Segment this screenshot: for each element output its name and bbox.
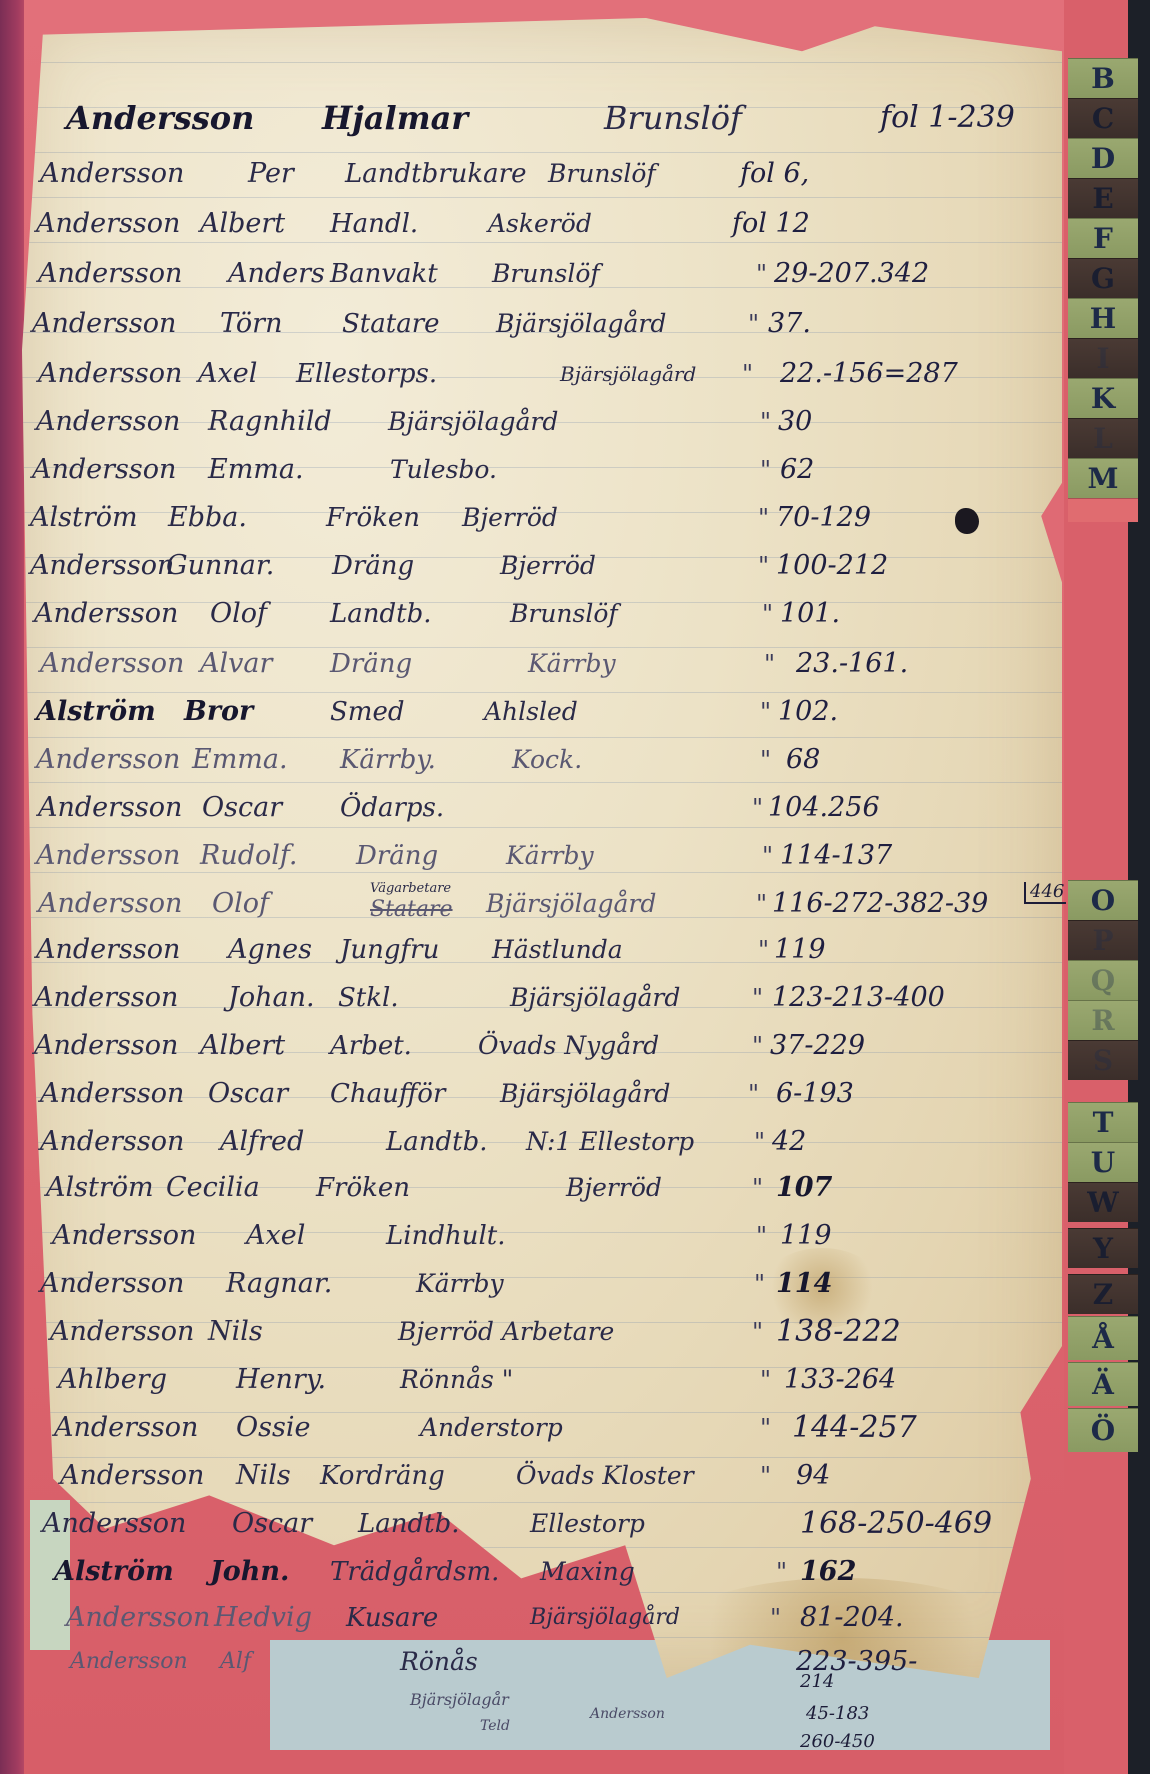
entry-row: Ahlberg Henry. Rönnås " " 133-264 — [0, 1356, 1060, 1404]
entry-ref: 107 — [776, 1164, 832, 1212]
entry-ref: 42 — [772, 1118, 806, 1166]
entry-first-name: Alf — [220, 1638, 251, 1686]
entry-occupation: Banvakt — [330, 250, 438, 298]
entry-ref: 37. — [768, 300, 811, 348]
entry-place: Brunslöf — [548, 150, 656, 198]
entry-surname: Andersson — [50, 1308, 194, 1356]
ditto-mark: " — [756, 880, 767, 928]
entry-occupation: Jungfru — [340, 926, 439, 974]
entry-ref: 114 — [776, 1260, 832, 1308]
entry-place: Tulesbo. — [390, 446, 497, 494]
tab-l[interactable]: L — [1068, 418, 1138, 458]
ditto-mark: " — [760, 1404, 771, 1452]
entry-row: Andersson Nils Bjerröd Arbetare " 138-22… — [0, 1308, 1060, 1356]
entry-first-name: Albert — [200, 1022, 285, 1070]
entry-ref: 30 — [778, 398, 812, 446]
entry-ref: 104.256 — [768, 784, 880, 832]
entry-surname: Andersson — [34, 1022, 178, 1070]
entry-surname: Andersson — [38, 250, 182, 298]
tab-z[interactable]: Z — [1068, 1274, 1138, 1314]
entry-first-name: Cecilia — [166, 1164, 260, 1212]
entry-row: Andersson Oscar Ödarps. " 104.256 — [0, 784, 1060, 832]
entry-occupation: Landtbrukare — [345, 150, 527, 198]
entry-surname: Alström — [30, 494, 138, 542]
tab-s[interactable]: S — [1068, 1040, 1138, 1080]
entry-first-name: Per — [248, 150, 294, 198]
entry-first-name: John. — [210, 1548, 289, 1596]
entry-first-name: Agnes — [228, 926, 312, 974]
entry-surname: Andersson — [70, 1638, 188, 1686]
entry-row: Andersson Ragnhild Bjärsjölagård " 30 — [0, 398, 1060, 446]
entry-place: Kock. — [512, 736, 582, 784]
entry-place: Övads Nygård — [478, 1022, 659, 1070]
entry-occupation: Landtb. — [330, 590, 432, 638]
entry-place: Brunslöf — [510, 590, 618, 638]
ditto-mark: " — [762, 832, 773, 880]
entry-place: Kärrby — [528, 640, 616, 688]
tab-o-umlaut[interactable]: Ö — [1068, 1408, 1138, 1452]
entry-first-name: Törn — [220, 300, 282, 348]
entry-row: Andersson Emma. Kärrby. Kock. " 68 — [0, 736, 1060, 784]
entry-place: Kärrby — [506, 832, 594, 880]
entry-first-name: Ebba. — [168, 494, 247, 542]
entry-surname: Andersson — [54, 1404, 198, 1452]
entry-occupation: Dräng — [332, 542, 414, 590]
entry-ref: 94 — [796, 1452, 830, 1500]
ditto-mark: " — [754, 1260, 765, 1308]
entry-place: Brunslöf — [604, 94, 742, 142]
entry-ref: 22.-156=287 — [780, 350, 958, 398]
entry-place: Bjärsjölagård — [486, 880, 656, 928]
entry-row: Alström Ebba. Fröken Bjerröd " 70-129 — [0, 494, 1060, 542]
tab-r[interactable]: R — [1068, 1000, 1138, 1040]
alphabet-index-tabs: B C D E F G H I K L M O P Q R S T U W Y … — [1068, 20, 1150, 1774]
ditto-mark: " — [760, 1356, 771, 1404]
entry-surname: Andersson — [40, 1260, 184, 1308]
ditto-mark: " — [762, 590, 773, 638]
ditto-mark: " — [760, 398, 771, 446]
entry-surname: Ahlberg — [58, 1356, 167, 1404]
entry-occupation: Landtb. — [386, 1118, 488, 1166]
entry-surname: Andersson — [34, 590, 178, 638]
entry-occupation: Trädgårdsm. — [330, 1548, 499, 1596]
entry-row: Andersson Hedvig Kusare Bjärsjölagård " … — [0, 1594, 1060, 1642]
entry-ref: 162 — [800, 1548, 856, 1596]
entry-ref: 29-207.342 — [774, 250, 929, 298]
ditto-mark: " — [752, 1164, 763, 1212]
entry-place: Hästlunda — [492, 926, 623, 974]
entry-ref: 119 — [780, 1212, 832, 1260]
entry-row: Andersson Ossie Anderstorp " 144-257 — [0, 1404, 1060, 1452]
entries-list: Andersson Hjalmar Brunslöf fol 1-239 And… — [0, 0, 1060, 1774]
entry-surname: Andersson — [38, 880, 182, 928]
entry-first-name: Axel — [246, 1212, 305, 1260]
entry-first-name: Albert — [200, 200, 285, 248]
entry-ref: 116-272-382-39 — [772, 880, 988, 928]
entry-first-name: Oscar — [208, 1070, 288, 1118]
ditto-mark: " — [754, 1118, 765, 1166]
entry-ref: 100-212 — [776, 542, 888, 590]
entry-place: Bjerröd — [566, 1164, 662, 1212]
entry-first-name: Emma. — [192, 736, 288, 784]
entry-first-name: Nils — [236, 1452, 291, 1500]
entry-surname: Andersson — [36, 832, 180, 880]
entry-occupation: Chaufför — [330, 1070, 445, 1118]
ditto-mark: " — [756, 1212, 767, 1260]
tab-b[interactable]: B — [1068, 58, 1138, 98]
ditto-mark: " — [748, 1070, 759, 1118]
entry-place: Bjärsjölagård — [510, 974, 680, 1022]
entry-surname: Andersson — [34, 974, 178, 1022]
entry-first-name: Nils — [208, 1308, 263, 1356]
entry-occupation: Fröken — [316, 1164, 410, 1212]
entry-row: Andersson Oscar Chaufför Bjärsjölagård "… — [0, 1070, 1060, 1118]
entry-place: Bjärsjölagård — [496, 300, 666, 348]
entry-ref: 114-137 — [780, 832, 892, 880]
entry-ref: fol 12 — [732, 200, 810, 248]
tab-a-umlaut[interactable]: Ä — [1068, 1362, 1138, 1406]
tab-y[interactable]: Y — [1068, 1228, 1138, 1268]
entry-first-name: Henry. — [236, 1356, 326, 1404]
entry-place: Anderstorp — [420, 1404, 563, 1452]
ditto-mark: " — [758, 926, 769, 974]
entry-place: Bjerröd — [462, 494, 558, 542]
fragment-text: Andersson — [590, 1704, 665, 1724]
entry-row: Andersson Alvar Dräng Kärrby " 23.-161. — [0, 640, 1060, 688]
entry-row: Alström Bror Smed Ahlsled " 102. — [0, 688, 1060, 736]
entry-ref: 119 — [774, 926, 826, 974]
entry-place: Askeröd — [488, 200, 592, 248]
ditto-mark: " — [758, 494, 769, 542]
entry-surname: Andersson — [32, 446, 176, 494]
tab-e[interactable]: E — [1068, 178, 1138, 218]
entry-surname: Andersson — [36, 200, 180, 248]
tab-u[interactable]: U — [1068, 1142, 1138, 1182]
entry-first-name: Olof — [212, 880, 269, 928]
tab-p[interactable]: P — [1068, 920, 1138, 960]
entry-first-name: Olof — [210, 590, 267, 638]
fragment-ref: 45-183 — [806, 1704, 869, 1724]
tab-o[interactable]: O — [1068, 880, 1138, 920]
entry-surname: Andersson — [36, 926, 180, 974]
entry-occupation: Smed — [330, 688, 405, 736]
tab-c[interactable]: C — [1068, 98, 1138, 138]
entry-row: Andersson Agnes Jungfru Hästlunda " 119 — [0, 926, 1060, 974]
entry-occupation: Fröken — [326, 494, 420, 542]
ditto-mark: " — [760, 1452, 771, 1500]
entry-row: Andersson Emma. Tulesbo. " 62 — [0, 446, 1060, 494]
entry-surname: Andersson — [38, 350, 182, 398]
entry-ref: 168-250-469 — [800, 1500, 992, 1548]
entry-row: Andersson Hjalmar Brunslöf fol 1-239 — [0, 94, 1060, 142]
tab-t[interactable]: T — [1068, 1102, 1138, 1142]
entry-surname: Andersson — [66, 94, 254, 142]
entry-occupation: Stkl. — [338, 974, 399, 1022]
entry-place: Övads Kloster — [516, 1452, 694, 1500]
entry-place: Bjärsjölagård — [500, 1070, 670, 1118]
entry-surname: Andersson — [66, 1594, 210, 1642]
entry-ref: 138-222 — [776, 1308, 901, 1356]
entry-row: Andersson Nils Kordräng Övads Kloster " … — [0, 1452, 1060, 1500]
entry-ref: 144-257 — [792, 1404, 917, 1452]
ditto-mark: " — [752, 974, 763, 1022]
entry-surname: Alström — [46, 1164, 154, 1212]
entry-row: Andersson Alf Rönås 223-395- — [0, 1638, 1060, 1686]
entry-row: Andersson Rudolf. Dräng Kärrby " 114-137 — [0, 832, 1060, 880]
entry-row: Andersson Albert Handl. Askeröd fol 12 — [0, 200, 1060, 248]
entry-ref: 68 — [786, 736, 820, 784]
entry-row: Andersson Gunnar. Dräng Bjerröd " 100-21… — [0, 542, 1060, 590]
ditto-mark: " — [760, 446, 771, 494]
ditto-mark: " — [752, 1308, 763, 1356]
entry-first-name: Anders — [228, 250, 325, 298]
entry-row: Andersson Anders Banvakt Brunslöf " 29-2… — [0, 250, 1060, 298]
entry-occupation: Dräng — [330, 640, 412, 688]
entry-row: Andersson Axel Ellestorps. Bjärsjölagård… — [0, 350, 1060, 398]
entry-occupation: Landtb. — [358, 1500, 460, 1548]
tab-a-ring[interactable]: Å — [1068, 1316, 1138, 1360]
entry-ref: 81-204. — [800, 1594, 904, 1642]
entry-surname: Alström — [54, 1548, 174, 1596]
entry-row: Andersson Olof Landtb. Brunslöf " 101. — [0, 590, 1060, 638]
entry-place: Rönnås " — [400, 1356, 513, 1404]
entry-ref: 102. — [778, 688, 838, 736]
entry-row: Andersson Törn Statare Bjärsjölagård " 3… — [0, 300, 1060, 348]
entry-row: Andersson Axel Lindhult. " 119 — [0, 1212, 1060, 1260]
entry-row: Andersson Johan. Stkl. Bjärsjölagård " 1… — [0, 974, 1060, 1022]
fragment-text: Teld — [480, 1716, 510, 1736]
entry-place: Kärrby — [416, 1260, 504, 1308]
entry-first-name: Gunnar. — [166, 542, 274, 590]
entry-place: Bjerröd Arbetare — [398, 1308, 614, 1356]
entry-row: Andersson Oscar Landtb. Ellestorp 168-25… — [0, 1500, 1060, 1548]
entry-occupation: Ellestorps. — [296, 350, 437, 398]
entry-first-name: Bror — [184, 688, 253, 736]
entry-occupation: Kusare — [346, 1594, 438, 1642]
entry-place: Bjärsjölagård — [530, 1594, 680, 1642]
entry-ref: 6-193 — [776, 1070, 854, 1118]
tab-g[interactable]: G — [1068, 258, 1138, 298]
entry-row: Alström Cecilia Fröken Bjerröd " 107 — [0, 1164, 1060, 1212]
entry-first-name: Emma. — [208, 446, 304, 494]
ditto-mark: " — [760, 688, 771, 736]
fragment-ref: 214 — [800, 1672, 834, 1692]
tab-f[interactable]: F — [1068, 218, 1138, 258]
tab-h[interactable]: H — [1068, 298, 1138, 338]
entry-occupation: Ödarps. — [340, 784, 444, 832]
entry-surname: Andersson — [36, 736, 180, 784]
entry-row: Andersson Alfred Landtb. N:1 Ellestorp "… — [0, 1118, 1060, 1166]
ditto-mark: " — [742, 350, 753, 398]
entry-surname: Andersson — [52, 1212, 196, 1260]
entry-row: Andersson Olof Vägarbetare Statare Bjärs… — [0, 880, 1060, 928]
entry-first-name: Rudolf. — [200, 832, 298, 880]
entry-ref: fol 6, — [740, 150, 809, 198]
entry-ref: fol 1-239 — [880, 94, 1015, 142]
entry-row: Andersson Albert Arbet. Övads Nygård " 3… — [0, 1022, 1060, 1070]
tab-d[interactable]: D — [1068, 138, 1138, 178]
entry-place: Rönås — [400, 1638, 478, 1686]
entry-first-name: Ossie — [236, 1404, 310, 1452]
entry-place: N:1 Ellestorp — [526, 1118, 694, 1166]
entry-first-name: Hjalmar — [322, 94, 468, 142]
entry-place: Bjerröd — [500, 542, 596, 590]
entry-occupation: Statare — [342, 300, 440, 348]
entry-first-name: Johan. — [228, 974, 315, 1022]
entry-ref: 23.-161. — [796, 640, 908, 688]
entry-place: Ellestorp — [530, 1500, 645, 1548]
entry-ref: 133-264 — [784, 1356, 896, 1404]
entry-surname: Andersson — [60, 1452, 204, 1500]
entry-surname: Andersson — [38, 784, 182, 832]
ditto-mark: " — [764, 640, 775, 688]
entry-occupation: Lindhult. — [386, 1212, 506, 1260]
ditto-mark: " — [752, 784, 763, 832]
entry-first-name: Hedvig — [214, 1594, 312, 1642]
entry-first-name: Ragnar. — [226, 1260, 332, 1308]
entry-row: Andersson Ragnar. Kärrby " 114 — [0, 1260, 1060, 1308]
tab-k[interactable]: K — [1068, 378, 1138, 418]
ditto-mark: " — [752, 1022, 763, 1070]
ditto-mark: " — [756, 250, 767, 298]
entry-first-name: Axel — [198, 350, 257, 398]
tab-w[interactable]: W — [1068, 1182, 1138, 1222]
entry-surname: Andersson — [40, 1070, 184, 1118]
entry-place: Bjärsjölagård — [388, 398, 558, 446]
entry-occupation: Kordräng — [320, 1452, 445, 1500]
ditto-mark: " — [760, 736, 771, 784]
ditto-mark: " — [758, 542, 769, 590]
entry-first-name: Alvar — [200, 640, 272, 688]
entry-ref: 101. — [780, 590, 840, 638]
tab-i[interactable]: I — [1068, 338, 1138, 378]
entry-surname: Andersson — [42, 1500, 186, 1548]
tab-q[interactable]: Q — [1068, 960, 1138, 1000]
entry-place: Ahlsled — [484, 688, 578, 736]
fragment-ref: 260-450 — [800, 1732, 875, 1752]
entry-first-name: Ragnhild — [208, 398, 332, 446]
ditto-mark: " — [748, 300, 759, 348]
entry-surname: Andersson — [36, 398, 180, 446]
tab-gap — [1068, 498, 1138, 522]
margin-note-446: 446 — [1024, 882, 1066, 904]
tab-m[interactable]: M — [1068, 458, 1138, 498]
entry-occupation: Handl. — [330, 200, 418, 248]
entry-ref: 123-213-400 — [772, 974, 945, 1022]
entry-surname: Andersson — [40, 1118, 184, 1166]
entry-row: Andersson Per Landtbrukare Brunslöf fol … — [0, 150, 1060, 198]
entry-surname: Andersson — [32, 300, 176, 348]
entry-place: Brunslöf — [492, 250, 600, 298]
entry-ref: 70-129 — [776, 494, 871, 542]
entry-surname: Alström — [36, 688, 156, 736]
ditto-mark: " — [776, 1548, 787, 1596]
fragment-text: Bjärsjölagår — [410, 1690, 509, 1710]
entry-occupation: Dräng — [356, 832, 438, 880]
entry-surname: Andersson — [40, 150, 184, 198]
entry-place: Maxing — [540, 1548, 635, 1596]
entry-first-name: Oscar — [232, 1500, 312, 1548]
entry-first-name: Alfred — [220, 1118, 304, 1166]
entry-surname: Andersson — [40, 640, 184, 688]
entry-ref: 62 — [780, 446, 814, 494]
entry-row: Alström John. Trädgårdsm. Maxing " 162 — [0, 1548, 1060, 1596]
entry-first-name: Oscar — [202, 784, 282, 832]
entry-ref: 37-229 — [770, 1022, 865, 1070]
entry-surname: Andersson — [30, 542, 174, 590]
ditto-mark: " — [770, 1594, 781, 1642]
entry-occupation: Arbet. — [330, 1022, 412, 1070]
entry-place: Bjärsjölagård — [560, 350, 696, 398]
entry-occupation: Kärrby. — [340, 736, 436, 784]
